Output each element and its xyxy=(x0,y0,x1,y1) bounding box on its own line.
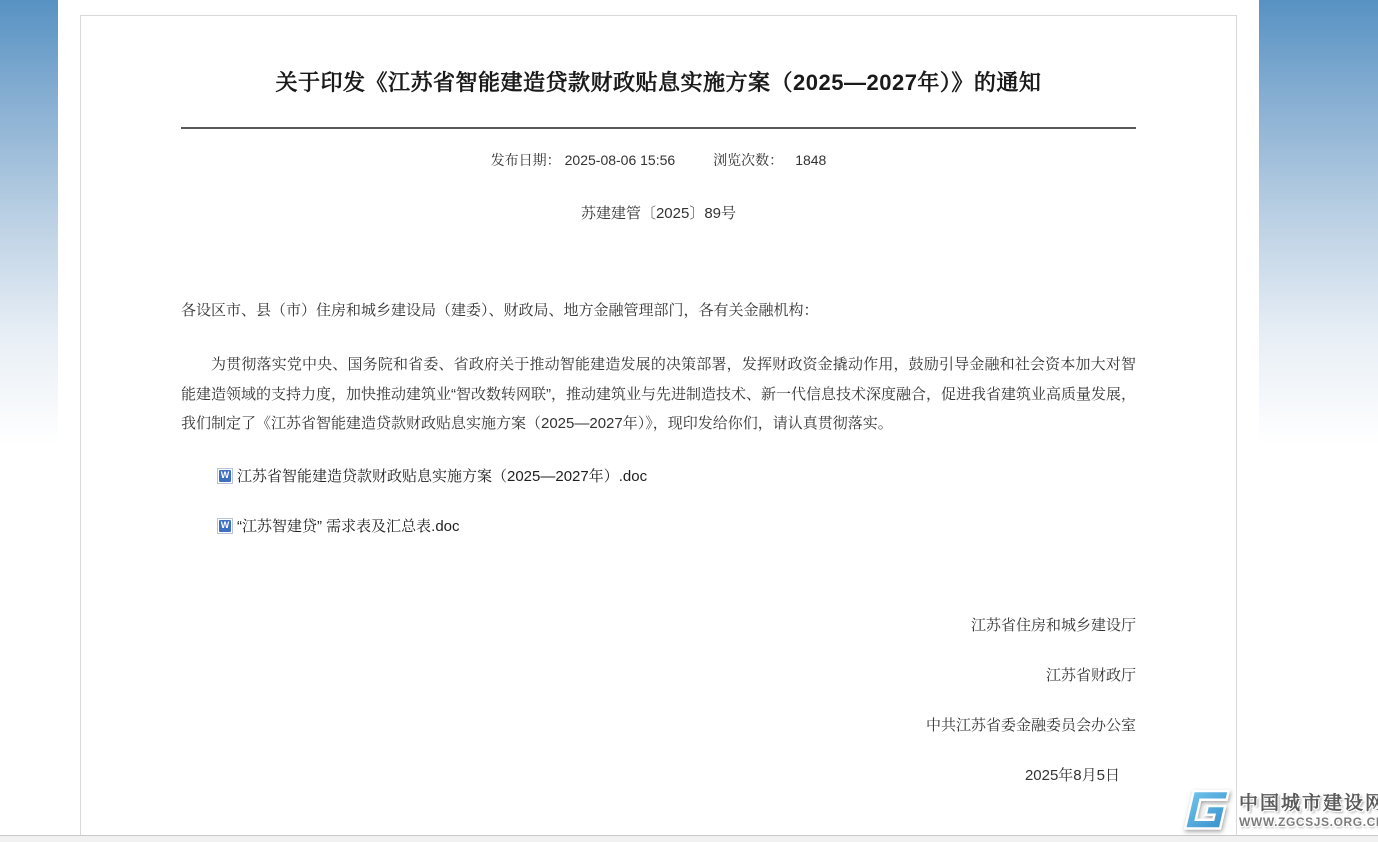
signature-block: 江苏省住房和城乡建设厅 江苏省财政厅 中共江苏省委金融委员会办公室 2025年8… xyxy=(181,615,1136,787)
site-watermark-text: 中国城市建设网 WWW.ZGCSJS.ORG.CN xyxy=(1239,793,1378,829)
view-count: 浏览次数： 1848 xyxy=(713,150,826,170)
attachment-list: W 江苏省智能建造贷款财政贴息实施方案（2025—2027年）.doc W “江… xyxy=(181,464,1136,538)
attachment-link-1[interactable]: W 江苏省智能建造贷款财政贴息实施方案（2025—2027年）.doc xyxy=(217,464,1136,488)
site-url: WWW.ZGCSJS.ORG.CN xyxy=(1239,815,1378,829)
publish-date-label: 发布日期： xyxy=(491,150,561,170)
signer-2: 江苏省财政厅 xyxy=(181,665,1136,687)
site-watermark: 中国城市建设网 WWW.ZGCSJS.ORG.CN xyxy=(1183,786,1378,836)
site-logo-icon xyxy=(1183,786,1233,836)
attachment-label: “江苏智建贷” 需求表及汇总表.doc xyxy=(237,515,460,536)
article-meta: 发布日期： 2025-08-06 15:56 浏览次数： 1848 xyxy=(181,150,1136,170)
body-paragraph: 为贯彻落实党中央、国务院和省委、省政府关于推动智能建造发展的决策部署，发挥财政资… xyxy=(181,350,1136,439)
sign-date: 2025年8月5日 xyxy=(181,765,1136,787)
title-divider xyxy=(181,127,1136,129)
page-title: 关于印发《江苏省智能建造贷款财政贴息实施方案（2025—2027年）》的通知 xyxy=(181,68,1136,98)
site-name: 中国城市建设网 xyxy=(1239,793,1378,815)
publish-date: 发布日期： 2025-08-06 15:56 xyxy=(491,150,676,170)
publish-date-value: 2025-08-06 15:56 xyxy=(565,150,676,170)
view-count-value: 1848 xyxy=(795,150,826,170)
document-number: 苏建建管〔2025〕89号 xyxy=(181,204,1136,224)
right-gradient-strip xyxy=(1259,0,1378,445)
signer-1: 江苏省住房和城乡建设厅 xyxy=(181,615,1136,637)
window-bottom-strip xyxy=(0,835,1378,842)
salutation-line: 各设区市、县（市）住房和城乡建设局（建委）、财政局、地方金融管理部门，各有关金融… xyxy=(181,300,1136,322)
view-count-label: 浏览次数： xyxy=(713,150,783,170)
attachment-label: 江苏省智能建造贷款财政贴息实施方案（2025—2027年）.doc xyxy=(237,465,647,486)
word-doc-icon-glyph: W xyxy=(219,520,231,532)
word-doc-icon: W xyxy=(217,468,233,484)
attachment-link-2[interactable]: W “江苏智建贷” 需求表及汇总表.doc xyxy=(217,514,1136,538)
word-doc-icon-glyph: W xyxy=(219,470,231,482)
document-panel: 关于印发《江苏省智能建造贷款财政贴息实施方案（2025—2027年）》的通知 发… xyxy=(80,15,1237,842)
word-doc-icon: W xyxy=(217,518,233,534)
signer-3: 中共江苏省委金融委员会办公室 xyxy=(181,715,1136,737)
left-gradient-strip xyxy=(0,0,58,445)
